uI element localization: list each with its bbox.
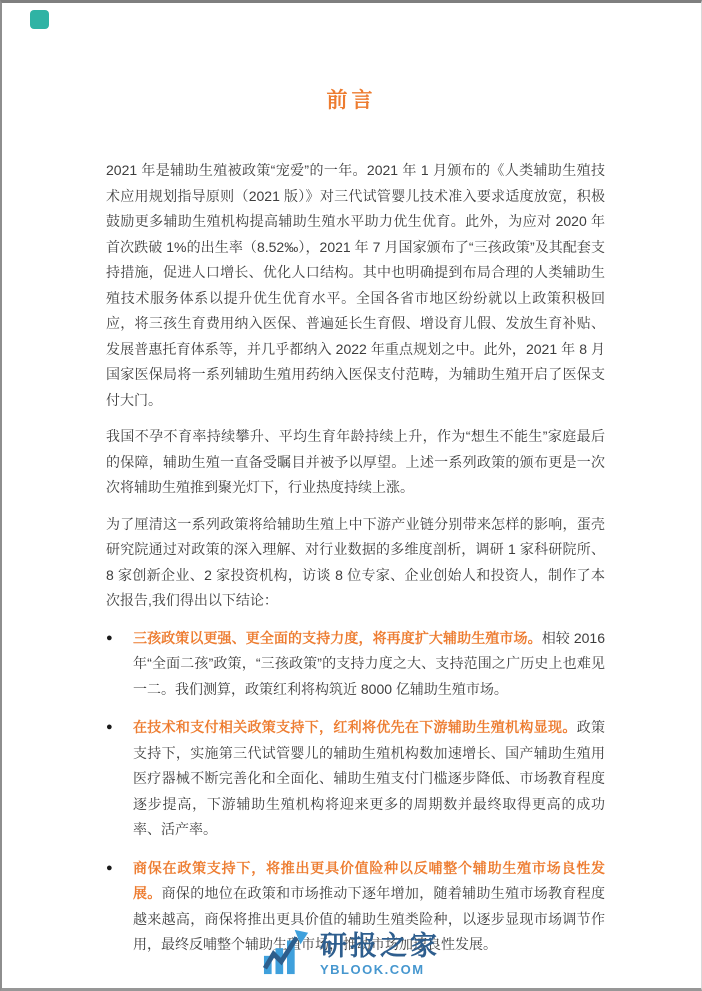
page-title: 前言 xyxy=(2,84,701,114)
paragraph: 我国不孕不育率持续攀升、平均生育年龄持续上升，作为“想生不能生”家庭最后的保障，… xyxy=(106,424,605,501)
document-body: 2021 年是辅助生殖被政策“宠爱”的一年。2021 年 1 月颁布的《人类辅助… xyxy=(106,158,605,958)
paragraph: 为了厘清这一系列政策将给辅助生殖上中下游产业链分别带来怎样的影响，蛋壳研究院通过… xyxy=(106,512,605,614)
chart-arrow-logo-icon xyxy=(263,929,311,980)
paragraph: 2021 年是辅助生殖被政策“宠爱”的一年。2021 年 1 月颁布的《人类辅助… xyxy=(106,158,605,413)
document-page: 前言 2021 年是辅助生殖被政策“宠爱”的一年。2021 年 1 月颁布的《人… xyxy=(0,0,702,991)
conclusion-list: ● 三孩政策以更强、更全面的支持力度，将再度扩大辅助生殖市场。相较 2016 年… xyxy=(106,626,605,958)
list-item: ● 三孩政策以更强、更全面的支持力度，将再度扩大辅助生殖市场。相较 2016 年… xyxy=(106,626,605,703)
bullet-body: 政策支持下，实施第三代试管婴儿的辅助生殖机构数加速增长、国产辅助生殖用医疗器械不… xyxy=(133,719,605,837)
brand-name: 研报之家 xyxy=(320,933,440,960)
bullet-text: 三孩政策以更强、更全面的支持力度，将再度扩大辅助生殖市场。相较 2016 年“全… xyxy=(133,626,605,703)
list-item: ● 在技术和支付相关政策支持下，红利将优先在下游辅助生殖机构显现。政策支持下，实… xyxy=(106,715,605,843)
corner-logo-badge xyxy=(30,10,49,29)
bullet-icon: ● xyxy=(106,626,133,703)
bullet-text: 在技术和支付相关政策支持下，红利将优先在下游辅助生殖机构显现。政策支持下，实施第… xyxy=(133,715,605,843)
bullet-lead: 在技术和支付相关政策支持下，红利将优先在下游辅助生殖机构显现。 xyxy=(133,719,577,735)
logo-text: 研报之家 YBLOOK.COM xyxy=(320,933,440,976)
footer-watermark: 研报之家 YBLOOK.COM xyxy=(2,929,701,980)
bullet-lead: 三孩政策以更强、更全面的支持力度，将再度扩大辅助生殖市场。 xyxy=(133,630,542,646)
brand-domain: YBLOOK.COM xyxy=(320,963,440,976)
bullet-icon: ● xyxy=(106,715,133,843)
